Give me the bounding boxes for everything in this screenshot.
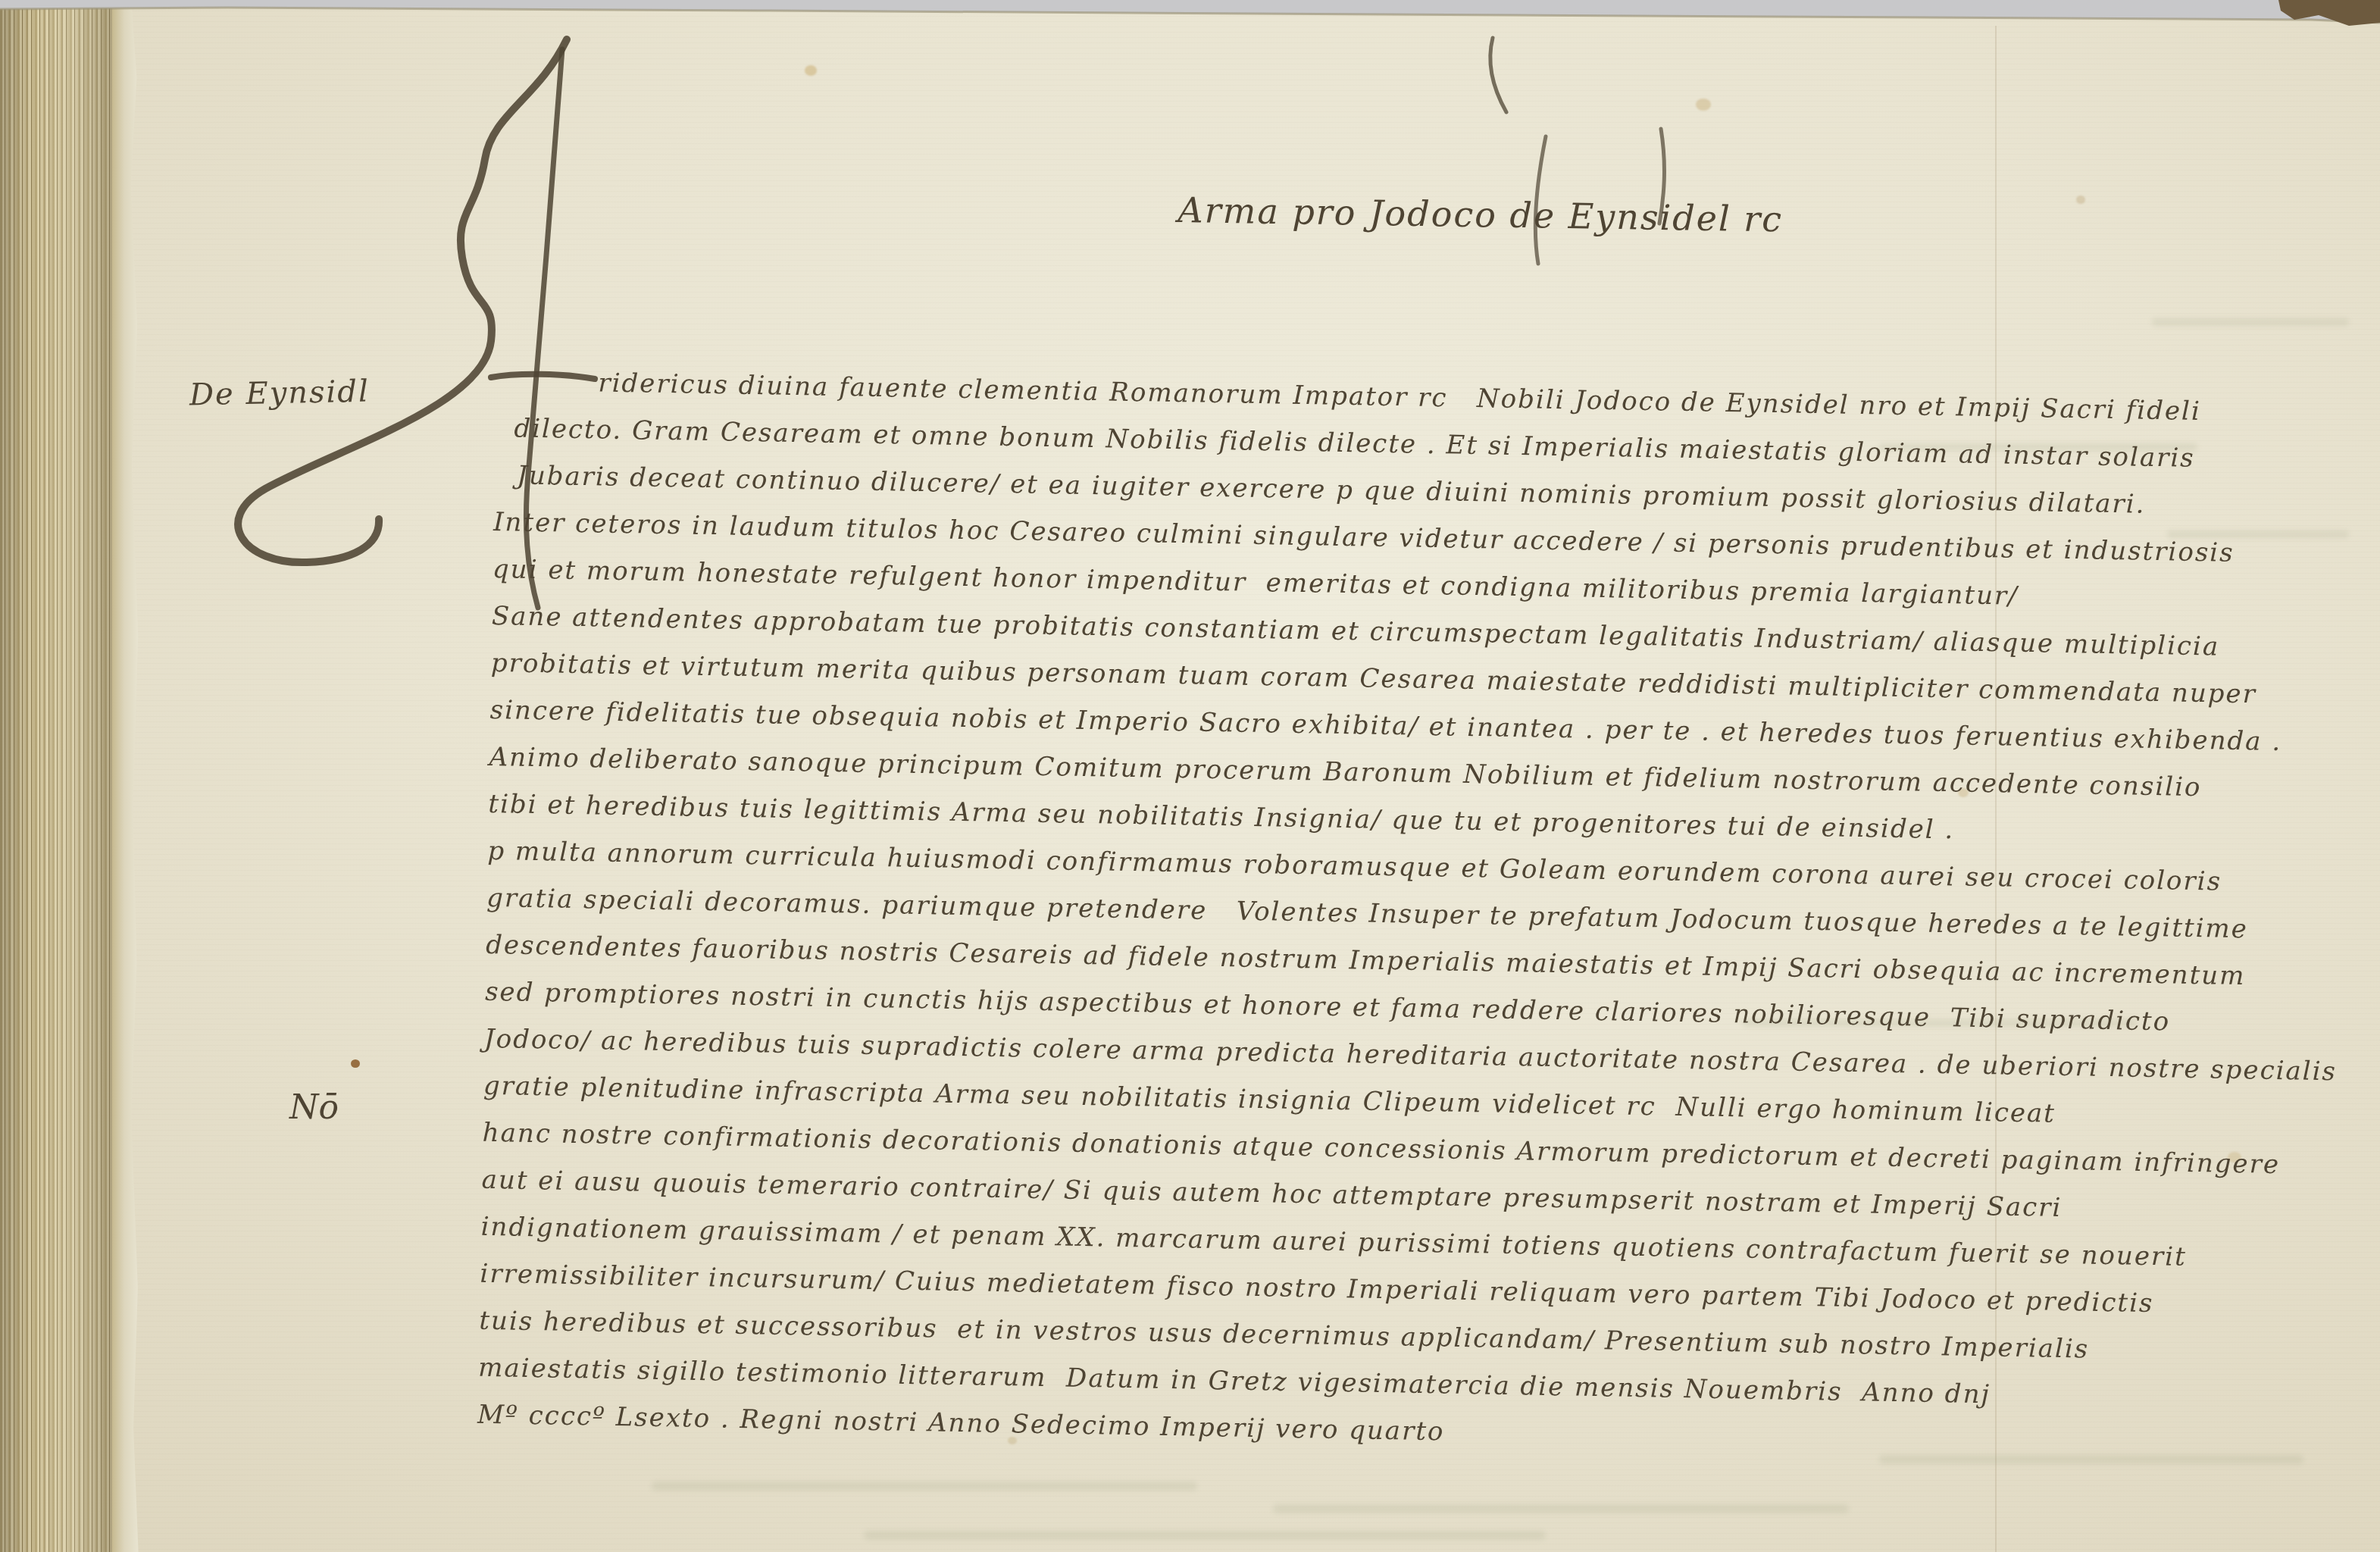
bleedthrough-mark bbox=[864, 1531, 1546, 1540]
scan-background bbox=[0, 0, 2380, 23]
ink-dot bbox=[351, 1059, 360, 1068]
book-page-edges bbox=[0, 0, 114, 1552]
top-right-damage-patch bbox=[2278, 0, 2380, 26]
heading-pen-flourish bbox=[1440, 23, 1819, 280]
foxing-spot bbox=[805, 65, 817, 76]
bleedthrough-mark bbox=[652, 1482, 1197, 1491]
document-heading: Arma pro Jodoco de Eynsidel rc bbox=[1177, 189, 1783, 240]
bleedthrough-mark bbox=[2152, 318, 2349, 326]
scan-background-strip bbox=[0, 0, 2380, 33]
manuscript-page: Arma pro Jodoco de Eynsidel rc De Eynsid… bbox=[0, 0, 2380, 1552]
manuscript-photo: Arma pro Jodoco de Eynsidel rc De Eynsid… bbox=[0, 0, 2380, 1552]
bleedthrough-mark bbox=[1273, 1504, 1849, 1513]
margin-note-nota: Nō bbox=[289, 1088, 339, 1127]
margin-note-de-eynsidl: De Eynsidl bbox=[189, 374, 371, 413]
manuscript-body: ridericus diuina fauente clementia Roman… bbox=[477, 358, 2349, 1471]
foxing-spot bbox=[2076, 196, 2085, 204]
